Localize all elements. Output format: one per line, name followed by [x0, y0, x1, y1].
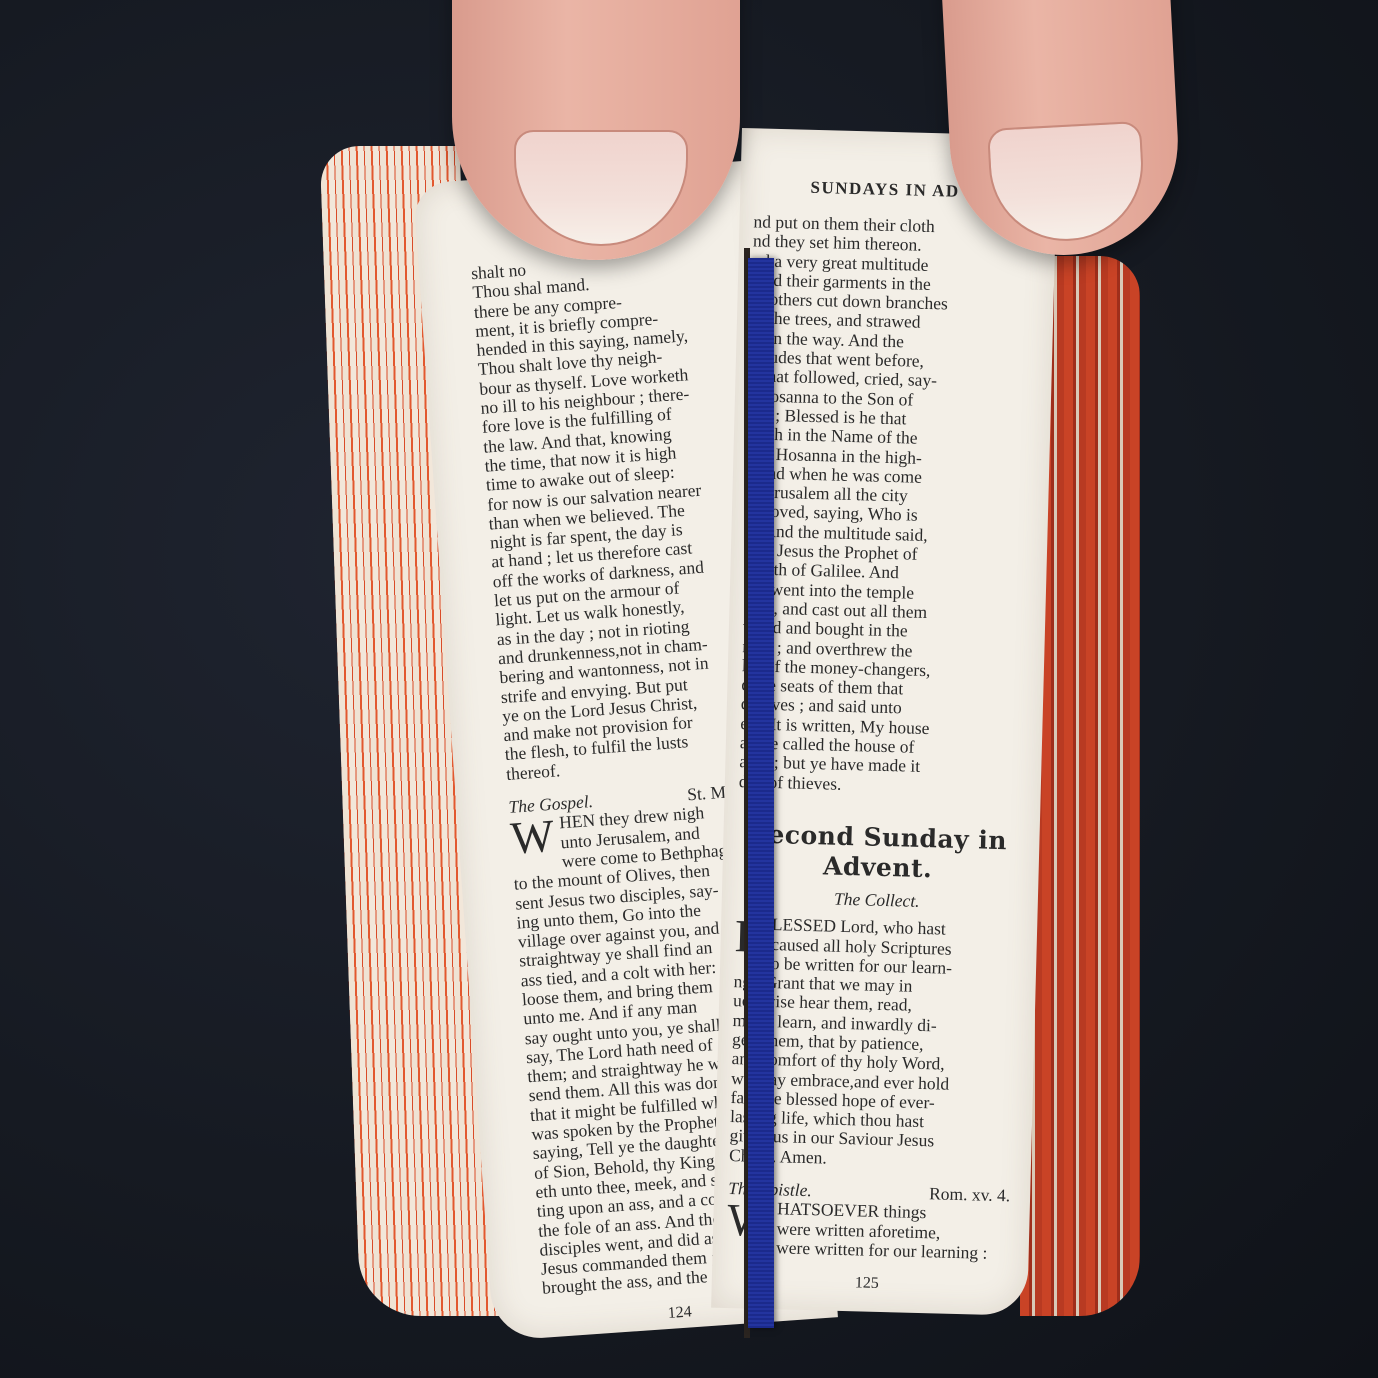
- section-title: Second Sunday in Advent.: [736, 819, 1019, 886]
- ribbon-bookmark[interactable]: [748, 258, 774, 1328]
- epistle-reference: Rom. xv. 4.: [929, 1184, 1011, 1205]
- fingernail: [514, 130, 688, 246]
- dropcap-w: W: [509, 816, 555, 859]
- fingernail: [987, 121, 1147, 245]
- collect-label: The Collect.: [736, 887, 1018, 914]
- photo-scene: FI shalt no Thou shal mand. there be any…: [0, 0, 1378, 1378]
- open-book: FI shalt no Thou shal mand. there be any…: [340, 128, 1140, 1328]
